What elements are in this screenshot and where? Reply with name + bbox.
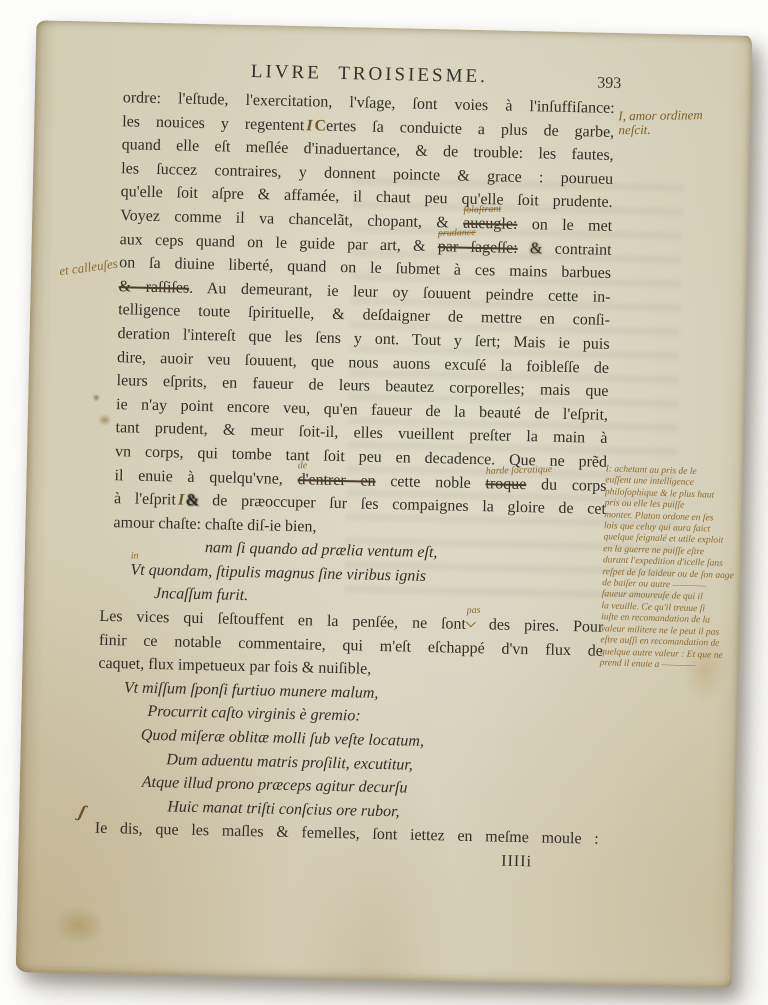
margin-note-top-right: I, amor ordinem neſcit. xyxy=(618,108,748,138)
insertion-mark: I xyxy=(176,492,187,509)
struck-word: par ſageſſe: xyxy=(438,238,518,257)
margin-note-right-block: I: achetant au pris de le euſſent une in… xyxy=(600,464,742,673)
interlinear-correction: de xyxy=(298,461,308,471)
caret-mark xyxy=(466,618,476,628)
corner-stain xyxy=(52,905,105,946)
page-number: 393 xyxy=(597,75,621,94)
ink-speck xyxy=(92,394,100,402)
struck-word: troque xyxy=(485,475,526,493)
interlinear-correction: in xyxy=(131,551,139,561)
struck-word: & raſſiſes xyxy=(118,278,189,297)
blotted-ampersand: & xyxy=(186,492,199,509)
text-block: ordre: l'eſtude, l'exercitation, l'vſage… xyxy=(106,86,615,875)
interlinear-correction: folaſtrant xyxy=(463,204,501,215)
insertion-squiggle-mark: ʃ xyxy=(77,801,88,823)
ink-speck xyxy=(98,414,112,426)
book-page: LIVRE TROISIESME. 393 I, amor ordinem ne… xyxy=(16,20,753,987)
running-head: LIVRE TROISIESME. xyxy=(123,58,615,91)
interlinear-insertion: pas xyxy=(466,606,480,616)
margin-note-left: et calleuſes xyxy=(58,256,118,280)
interlinear-correction: harde ſocratique xyxy=(486,464,553,476)
interlinear-correction: prudance xyxy=(438,228,476,239)
blotted-ampersand: & xyxy=(517,239,542,257)
struck-phrase: d'entrer en xyxy=(297,471,375,490)
scanned-book-photo: { "colors":{"paper":"#d5d0b7","ink":"#32… xyxy=(0,0,768,1005)
hand-retouched-initial: C xyxy=(314,117,326,134)
